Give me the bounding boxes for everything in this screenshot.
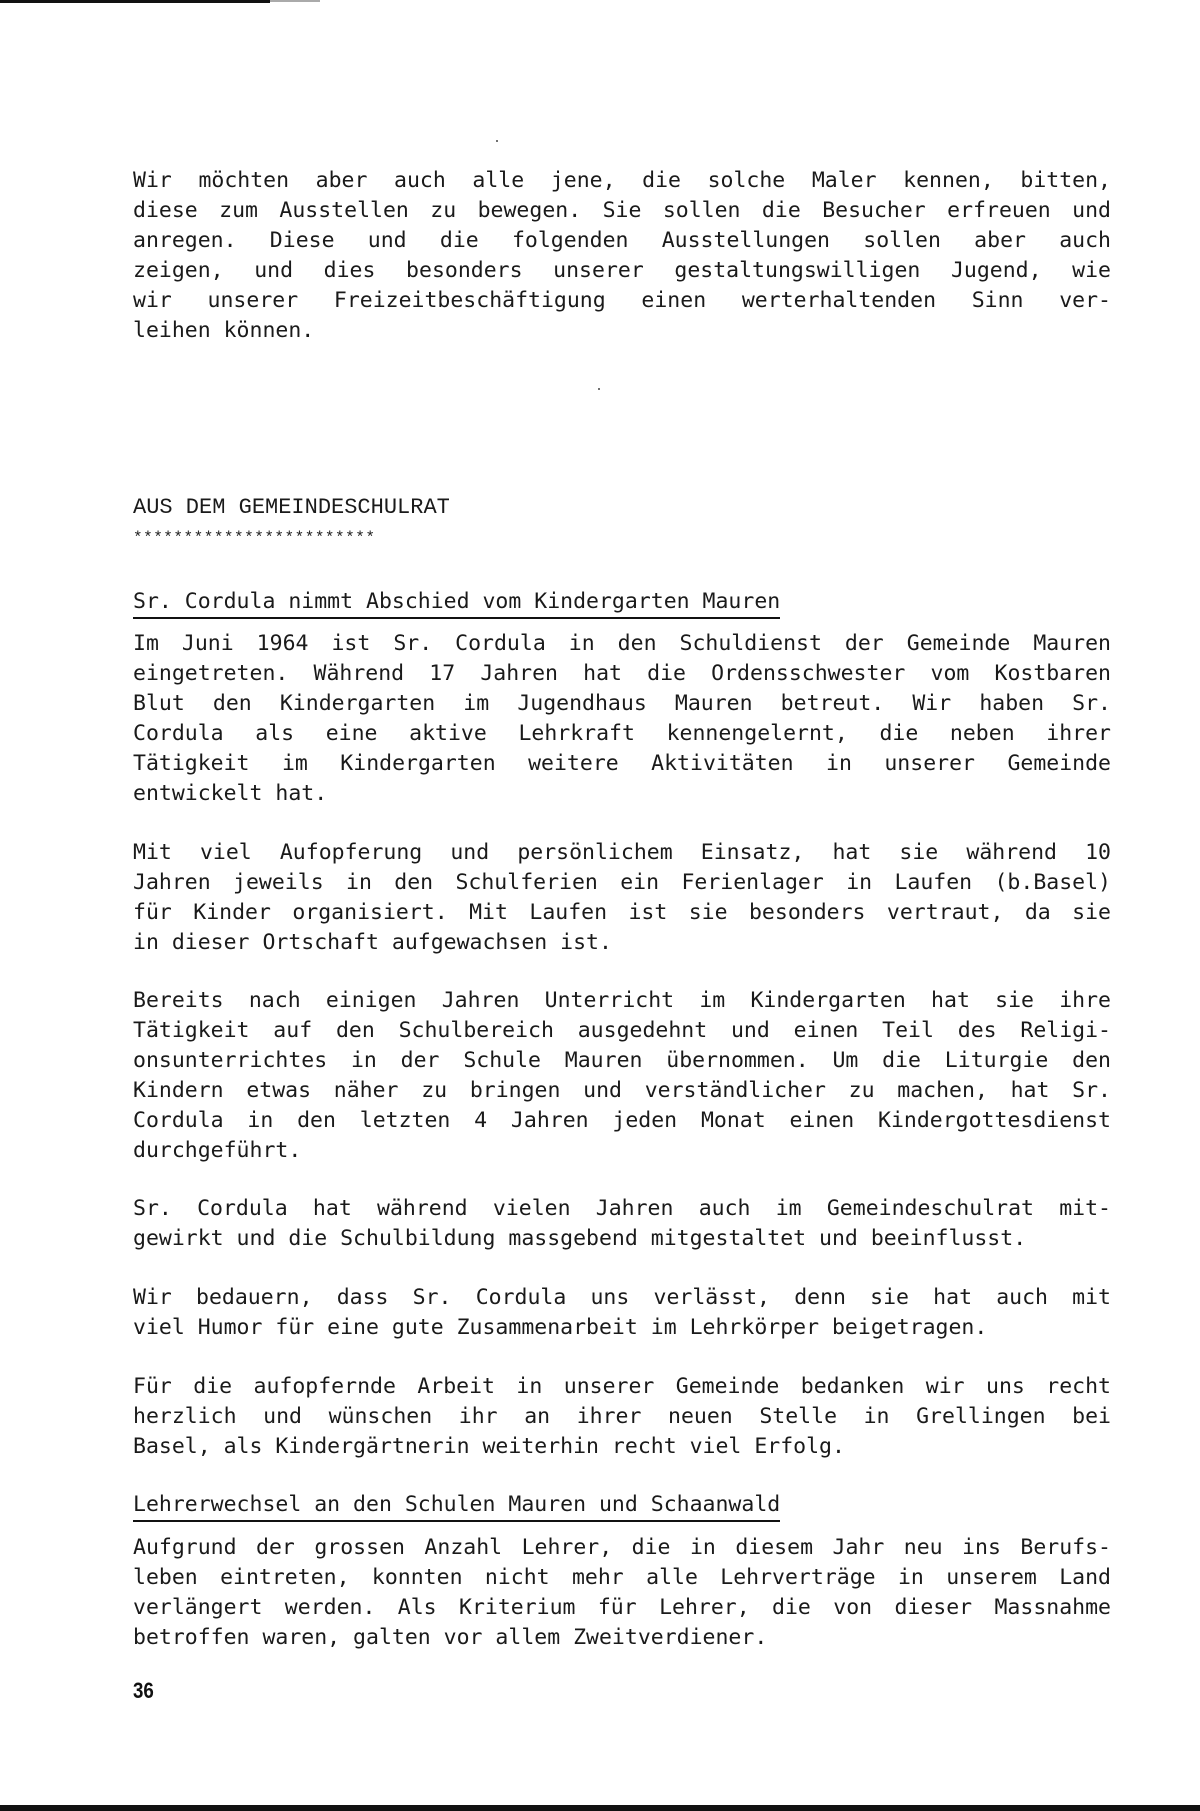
text-line: entwickelt hat. [133, 779, 1111, 809]
article-paragraph: Mit viel Aufopferung und persönlichem Ei… [133, 838, 1111, 958]
top-scan-edge-faint [270, 0, 320, 2]
article-paragraph: Für die aufopfernde Arbeit in unserer Ge… [133, 1372, 1111, 1462]
text-line: Bereits nach einigen Jahren Unterricht i… [133, 986, 1111, 1016]
article-paragraph: Wir bedauern, dass Sr. Cordula uns verlä… [133, 1283, 1111, 1343]
text-line: Tätigkeit auf den Schulbereich ausgedehn… [133, 1016, 1111, 1046]
text-line: betroffen waren, galten vor allem Zweitv… [133, 1623, 1111, 1653]
text-line: Basel, als Kindergärtnerin weiterhin rec… [133, 1432, 1111, 1462]
text-line: Kindern etwas näher zu bringen und verst… [133, 1076, 1111, 1106]
text-line: herzlich und wünschen ihr an ihrer neuen… [133, 1402, 1111, 1432]
text-line: onsunterrichtes in der Schule Mauren übe… [133, 1046, 1111, 1076]
bottom-scan-edge [0, 1805, 1200, 1811]
text-line: durchgeführt. [133, 1136, 1111, 1166]
article-heading: Sr. Cordula nimmt Abschied vom Kindergar… [133, 587, 780, 619]
text-line: für Kinder organisiert. Mit Laufen ist s… [133, 898, 1111, 928]
article-paragraph: Im Juni 1964 ist Sr. Cordula in den Schu… [133, 629, 1111, 809]
article-paragraph: Aufgrund der grossen Anzahl Lehrer, die … [133, 1533, 1111, 1653]
text-line: Wir bedauern, dass Sr. Cordula uns verlä… [133, 1283, 1111, 1313]
text-line: Cordula in den letzten 4 Jahren jeden Mo… [133, 1106, 1111, 1136]
text-line: anregen. Diese und die folgenden Ausstel… [133, 226, 1111, 256]
text-line: Cordula als eine aktive Lehrkraft kennen… [133, 719, 1111, 749]
text-line: eingetreten. Während 17 Jahren hat die O… [133, 659, 1111, 689]
document-page: Wir möchten aber auch alle jene, die sol… [0, 0, 1200, 1811]
scan-speck [598, 388, 600, 390]
text-line: Blut den Kindergarten im Jugendhaus Maur… [133, 689, 1111, 719]
section-title: AUS DEM GEMEINDESCHULRAT [133, 493, 1111, 523]
text-line: in dieser Ortschaft aufgewachsen ist. [133, 928, 1111, 958]
text-line: zeigen, und dies besonders unserer gesta… [133, 256, 1111, 286]
text-line: verlängert werden. Als Kriterium für Leh… [133, 1593, 1111, 1623]
text-line: viel Humor für eine gute Zusammenarbeit … [133, 1313, 1111, 1343]
text-line: diese zum Ausstellen zu bewegen. Sie sol… [133, 196, 1111, 226]
text-line: Aufgrund der grossen Anzahl Lehrer, die … [133, 1533, 1111, 1563]
page-number: 36 [133, 1678, 154, 1704]
intro-paragraph: Wir möchten aber auch alle jene, die sol… [133, 166, 1111, 346]
top-scan-edge [0, 0, 270, 3]
text-line: leben eintreten, konnten nicht mehr alle… [133, 1563, 1111, 1593]
text-line: wir unserer Freizeitbeschäftigung einen … [133, 286, 1111, 316]
text-line: Für die aufopfernde Arbeit in unserer Ge… [133, 1372, 1111, 1402]
article-cordula: Sr. Cordula nimmt Abschied vom Kindergar… [133, 587, 1111, 619]
text-line: Jahren jeweils in den Schulferien ein Fe… [133, 868, 1111, 898]
text-line: Mit viel Aufopferung und persönlichem Ei… [133, 838, 1111, 868]
article-heading: Lehrerwechsel an den Schulen Mauren und … [133, 1490, 780, 1522]
section-title-asterisks: ************************ [133, 523, 1111, 553]
article-lehrerwechsel: Lehrerwechsel an den Schulen Mauren und … [133, 1490, 1111, 1522]
text-line: Tätigkeit im Kindergarten weitere Aktivi… [133, 749, 1111, 779]
scan-speck [496, 140, 498, 142]
text-line: leihen können. [133, 316, 1111, 346]
text-line: gewirkt und die Schulbildung massgebend … [133, 1224, 1111, 1254]
section-header: AUS DEM GEMEINDESCHULRAT ***************… [133, 493, 1111, 553]
article-paragraph: Sr. Cordula hat während vielen Jahren au… [133, 1194, 1111, 1254]
text-line: Sr. Cordula hat während vielen Jahren au… [133, 1194, 1111, 1224]
article-paragraph: Bereits nach einigen Jahren Unterricht i… [133, 986, 1111, 1166]
text-line: Im Juni 1964 ist Sr. Cordula in den Schu… [133, 629, 1111, 659]
text-line: Wir möchten aber auch alle jene, die sol… [133, 166, 1111, 196]
